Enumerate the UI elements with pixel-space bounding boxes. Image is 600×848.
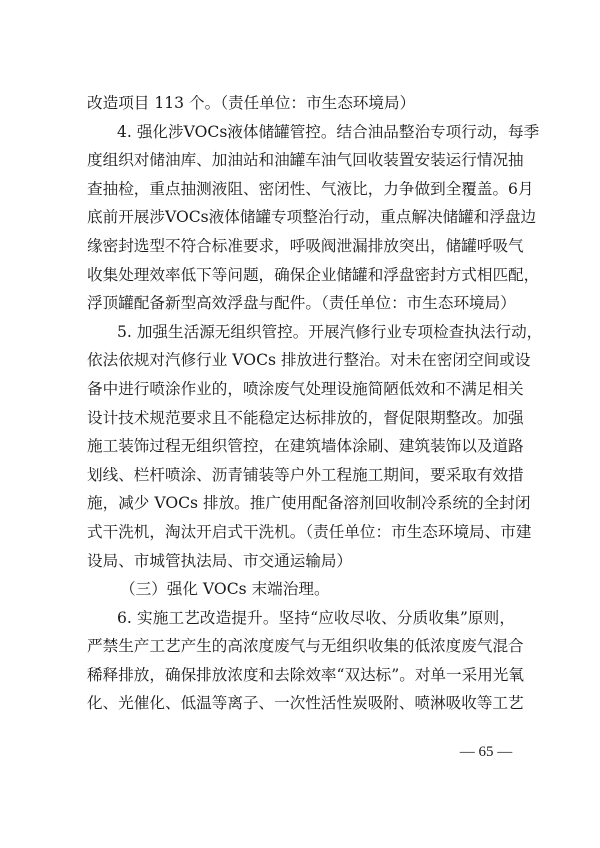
text-line: 备中进行喷涂作业的，喷涂废气处理设施简陋低效和不满足相关 <box>87 375 515 404</box>
text-line: 度组织对储油库、加油站和油罐车油气回收装置安装运行情况抽 <box>87 146 515 175</box>
item-5-heading-line: 5. 加强生活源无组织管控。开展汽修行业专项检查执法行动， <box>87 318 515 347</box>
text-line: 式干洗机，淘汰开启式干洗机。（责任单位：市生态环境局、市建 <box>87 518 515 547</box>
text-line: 设局、市城管执法局、市交通运输局） <box>87 547 515 576</box>
text-line: 查抽检，重点抽测液阻、密闭性、气液比，力争做到全覆盖。6月 <box>87 175 515 204</box>
text-line: 设计技术规范要求且不能稳定达标排放的，督促限期整改。加强 <box>87 404 515 433</box>
text-line: 施，减少 VOCs 排放。推广使用配备溶剂回收制冷系统的全封闭 <box>87 489 515 518</box>
text-line: 收集处理效率低下等问题，确保企业储罐和浮盘密封方式相匹配， <box>87 261 515 290</box>
item-4-heading-line: 4. 强化涉VOCs液体储罐管控。结合油品整治专项行动，每季 <box>87 118 515 147</box>
text-line: 底前开展涉VOCs液体储罐专项整治行动，重点解决储罐和浮盘边 <box>87 203 515 232</box>
text-line: 缘密封选型不符合标准要求，呼吸阀泄漏排放突出，储罐呼吸气 <box>87 232 515 261</box>
page-number: — 65 — <box>455 742 517 762</box>
body-text: 改造项目 113 个。（责任单位：市生态环境局） 4. 强化涉VOCs液体储罐管… <box>87 89 515 718</box>
text-line: 划线、栏杆喷涂、沥青铺装等户外工程施工期间，要采取有效措 <box>87 461 515 490</box>
document-page: 改造项目 113 个。（责任单位：市生态环境局） 4. 强化涉VOCs液体储罐管… <box>0 0 600 848</box>
item-6-heading-line: 6. 实施工艺改造提升。坚持“应收尽收、分质收集”原则， <box>87 604 515 633</box>
text-line: 浮顶罐配备新型高效浮盘与配件。（责任单位：市生态环境局） <box>87 289 515 318</box>
text-line: 施工装饰过程无组织管控，在建筑墙体涂刷、建筑装饰以及道路 <box>87 432 515 461</box>
text-line: 改造项目 113 个。（责任单位：市生态环境局） <box>87 89 515 118</box>
text-line: 稀释排放，确保排放浓度和去除效率“双达标”。对单一采用光氧 <box>87 661 515 690</box>
text-line: 化、光催化、低温等离子、一次性活性炭吸附、喷淋吸收等工艺 <box>87 689 515 718</box>
text-line: 依法依规对汽修行业 VOCs 排放进行整治。对未在密闭空间或设 <box>87 346 515 375</box>
text-line: 严禁生产工艺产生的高浓度废气与无组织收集的低浓度废气混合 <box>87 632 515 661</box>
section-heading: （三）强化 VOCs 末端治理。 <box>87 575 515 604</box>
